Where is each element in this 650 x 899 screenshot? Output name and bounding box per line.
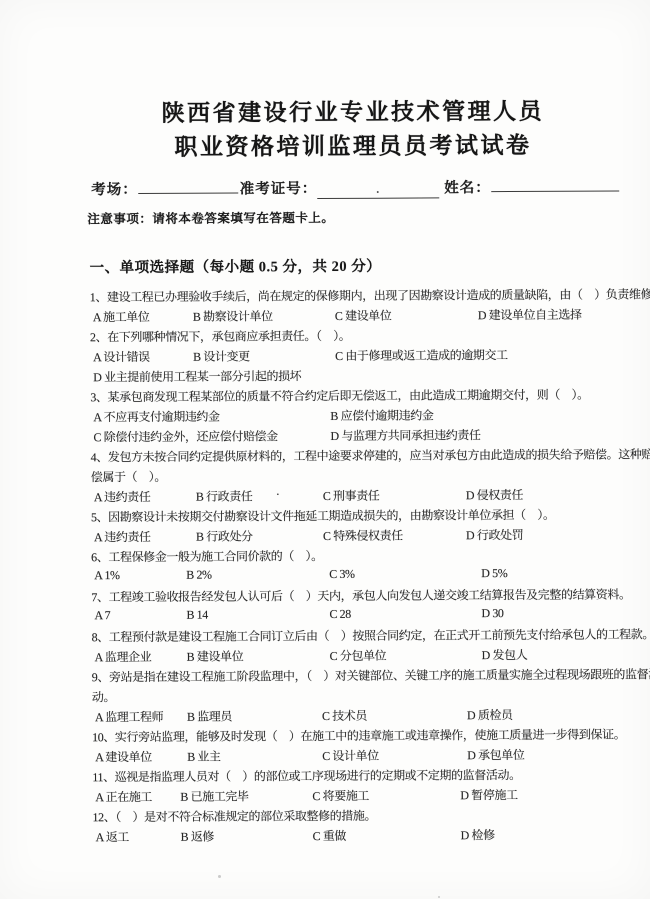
option-D: D 暂停施工 <box>460 786 517 803</box>
admission-no-blank: . <box>317 182 439 199</box>
option-C: C 分包单位 <box>330 647 387 664</box>
option-B: B 应偿付逾期违约金 <box>330 406 433 424</box>
option-A: A 不应再支付逾期违约金 <box>93 408 219 426</box>
option-A: A 正在施工 <box>95 788 152 805</box>
question-text: 偿属于（ ）。 <box>91 468 166 485</box>
question-text: 7、工程竣工验收报告经发包人认可后（ ）天内，承包人向发包人递交竣工结算报告及完… <box>91 585 630 605</box>
question-text: 11、巡视是指监理人员对（ ）的部位或工序现场进行的定期或不定期的监督活动。 <box>92 766 520 785</box>
section-title: 一、单项选择题（每小题 0.5 分，共 20 分） <box>90 253 650 277</box>
option-B: B 勘察设计单位 <box>193 307 273 324</box>
option-C: C 特殊侵权责任 <box>323 527 403 544</box>
option-B: B 2% <box>186 568 211 583</box>
question-text: 12、（ ）是对不符合标准规定的部位采取整修的措施。 <box>92 807 376 825</box>
notice-line: 注意事项：请将本卷答案填写在答题卡上。 <box>87 206 649 227</box>
option-B: B 已施工完毕 <box>180 787 248 804</box>
option-D: D 发包人 <box>482 646 528 663</box>
scan-dot: . <box>317 182 439 198</box>
option-B: B 建设单位 <box>187 647 244 664</box>
candidate-info-row: 考场：准考证号：.姓名： <box>91 175 649 200</box>
option-D: D 侵权责任 <box>466 486 523 503</box>
question-text: 2、在下列哪种情况下，承包商应承担责任。（ ）。 <box>90 327 350 345</box>
question-text: 9、旁站是指在建设工程施工阶段监理中，（ ）对关键部位、关键工序的施工质量实施全… <box>92 665 650 685</box>
option-D: D 行政处罚 <box>466 526 523 543</box>
question-text: 6、工程保修金一般为施工合同价款的（ ）。 <box>91 547 323 565</box>
option-B: B 监理员 <box>187 707 232 724</box>
exam-line: A 返工B 返修C 重做D 检修 <box>93 824 650 847</box>
option-D: D 业主提前使用工程某一部分引起的损坏 <box>93 367 301 385</box>
option-D: D 5% <box>481 566 507 581</box>
option-A: A 返工 <box>96 828 129 845</box>
option-A: A 设计错误 <box>93 348 150 365</box>
option-B: B 设计变更 <box>193 347 250 364</box>
option-B: B 行政处分 <box>196 527 253 544</box>
option-C: C 刑事责任 <box>323 487 380 504</box>
option-C: C 除偿付违约金外，还应偿付赔偿金 <box>93 427 277 445</box>
question-text: 10、实行旁站监理，能够及时发现（ ）在施工中的违章施工或违章操作，使施工质量进… <box>92 725 625 745</box>
page-content: 陕西省建设行业专业技术管理人员 职业资格培训监理员员考试试卷 考场：准考证号：.… <box>0 0 650 848</box>
option-B: B 业主 <box>187 748 220 765</box>
exam-room-blank <box>138 177 238 194</box>
scan-mark: · <box>276 487 280 502</box>
option-A: A 违约责任 <box>94 488 151 505</box>
exam-title-line2: 职业资格培训监理员员考试试卷 <box>57 128 649 165</box>
option-D: D 检修 <box>461 826 495 843</box>
exam-title: 陕西省建设行业专业技术管理人员 职业资格培训监理员员考试试卷 <box>56 0 649 165</box>
option-A: A 违约责任 <box>94 528 151 545</box>
option-A: A 施工单位 <box>93 308 150 325</box>
option-C: C 设计单位 <box>322 747 379 764</box>
option-C: C 重做 <box>313 827 346 844</box>
option-C: C 3% <box>329 567 354 582</box>
name-label: 姓名： <box>444 180 491 196</box>
exam-paper-scan: 陕西省建设行业专业技术管理人员 职业资格培训监理员员考试试卷 考场：准考证号：.… <box>0 0 650 899</box>
question-text: 5、因勘察设计未按期交付勘察设计文件拖延工期造成损失的，由勘察设计单位承担（ ）… <box>91 506 555 525</box>
option-A: A 7 <box>94 608 110 623</box>
name-blank <box>491 175 619 192</box>
question-text: 8、工程预付款是建设工程施工合同订立后由（ ）按照合同约定，在正式开工前预先支付… <box>92 625 650 645</box>
option-C: C 28 <box>329 607 350 622</box>
option-A: A 建设单位 <box>95 748 152 765</box>
option-B: B 14 <box>186 608 207 623</box>
scan-speck <box>218 875 221 878</box>
scan-speck <box>438 896 440 898</box>
option-B: B 行政责任 <box>196 487 253 504</box>
option-D: D 建设单位自主选择 <box>478 306 582 324</box>
option-C: C 由于修理或返工造成的逾期交工 <box>335 346 508 364</box>
option-A: A 1% <box>94 568 119 583</box>
option-D: D 承包单位 <box>467 746 524 763</box>
option-C: C 建设单位 <box>335 307 392 324</box>
question-text: 动。 <box>92 688 115 705</box>
option-A: A 监理工程师 <box>95 708 163 725</box>
option-D: D 质检员 <box>467 706 513 723</box>
option-D: D 与监理方共同承担违约责任 <box>330 426 480 444</box>
question-text: 1、建设工程已办理验收手续后，尚在规定的保修期内，出现了因勘察设计造成的质量缺陷… <box>90 285 650 305</box>
option-C: C 将要施工 <box>312 787 369 804</box>
option-A: A 监理企业 <box>95 648 152 665</box>
question-text: 3、某承包商发现工程某部位的质量不符合约定后即无偿返工，由此造成工期逾期交付，则… <box>90 386 588 406</box>
exam-title-line1: 陕西省建设行业专业技术管理人员 <box>57 94 649 131</box>
question-text: 4、发包方未按合同约定提供原材料的，工程中途要求停建的，应当对承包方由此造成的损… <box>91 445 650 465</box>
admission-no-label: 准考证号： <box>240 181 318 197</box>
questions-area: 1、建设工程已办理验收手续后，尚在规定的保修期内，出现了因勘察设计造成的质量缺陷… <box>90 284 650 847</box>
exam-room-label: 考场： <box>91 182 138 198</box>
option-B: B 返修 <box>181 828 214 845</box>
option-D: D 30 <box>481 606 503 621</box>
option-C: C 技术员 <box>322 707 367 724</box>
